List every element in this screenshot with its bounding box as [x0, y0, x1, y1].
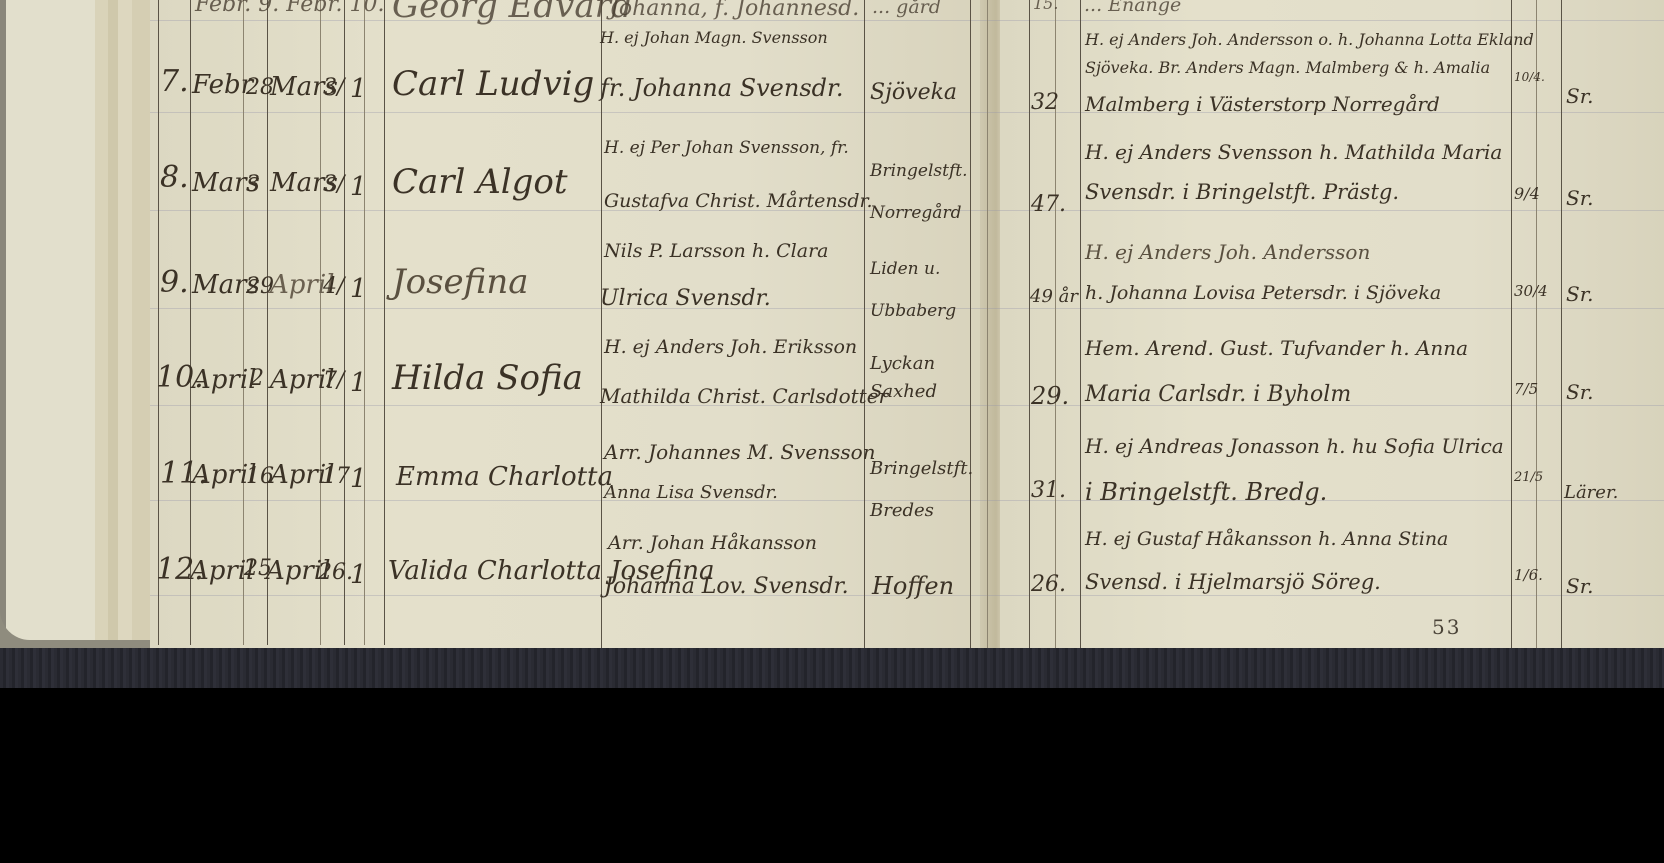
parent-line-1: Arr. Johan Håkansson	[608, 532, 817, 554]
column-rule	[1029, 0, 1030, 658]
child-count: 1	[350, 560, 367, 590]
parents-line-1: H. ej Anders Joh. Andersson o. h. Johann…	[1085, 30, 1534, 49]
child-count: 1	[350, 74, 367, 104]
parent-line-1: H. ej Johan Magn. Svensson	[600, 28, 828, 47]
parent-line-2: Johanna Lov. Svensdr.	[604, 574, 849, 599]
baptism-day: 3/	[323, 75, 344, 100]
registration-date: 10/4.	[1514, 70, 1545, 84]
child-count: 1	[350, 464, 367, 494]
parents-line-1: H. ej Anders Joh. Andersson	[1085, 240, 1370, 264]
baptism-day: 26.	[318, 560, 353, 585]
parent-line-1: Arr. Johannes M. Svensson	[604, 440, 876, 464]
remark: Sr.	[1566, 380, 1593, 404]
mother-age: 32	[1031, 90, 1059, 115]
column-rule	[1080, 0, 1081, 658]
child-count: 1	[350, 172, 367, 202]
registration-date: 30/4	[1514, 282, 1548, 300]
birth-day: 3	[246, 172, 260, 197]
birth-place: Sjöveka	[870, 80, 957, 105]
remark: Sr.	[1566, 84, 1593, 108]
mother-age: 29.	[1031, 382, 1069, 410]
top-fragment-parent: Johanna, f. Johannesd.	[610, 0, 859, 21]
parent-line-2: fr. Johanna Svensdr.	[600, 74, 843, 102]
parents-line-1: H. ej Andreas Jonasson h. hu Sofia Ulric…	[1085, 434, 1504, 458]
top-fragment-name: Georg Edvard	[392, 0, 633, 26]
column-rule	[1561, 0, 1562, 660]
birth-place: Liden u. Ubbaberg	[870, 248, 965, 332]
parents-line-2: Svensd. i Hjelmarsjö Söreg.	[1085, 570, 1381, 594]
parents-line-1: H. ej Anders Svensson h. Mathilda Maria	[1085, 140, 1502, 164]
top-fragment-place: ... gård	[872, 0, 941, 18]
remark: Sr.	[1566, 282, 1593, 306]
birth-day: 2	[250, 366, 264, 391]
birth-place: Bringelstft. Bredes	[870, 448, 965, 532]
parent-line-1: Nils P. Larsson h. Clara	[604, 240, 829, 262]
baptism-day: 4/	[323, 274, 344, 299]
parent-line-1: H. ej Anders Joh. Eriksson	[604, 336, 857, 358]
column-rule	[970, 0, 971, 655]
child-count: 1	[350, 368, 367, 398]
parents-line-3: Malmberg i Västerstorp Norregård	[1085, 92, 1440, 116]
column-rule	[190, 0, 191, 645]
baptism-day: 17	[322, 464, 350, 489]
baptism-day: 3/	[323, 172, 344, 197]
child-name: Carl Algot	[392, 162, 568, 202]
parents-line-2: h. Johanna Lovisa Petersdr. i Sjöveka	[1085, 282, 1441, 304]
entry-number: 9.	[160, 265, 189, 300]
parent-line-2: Anna Lisa Svensdr.	[604, 482, 778, 503]
top-fragment-right-num: 15.	[1033, 0, 1058, 13]
parents-line-2: i Bringelstft. Bredg.	[1085, 478, 1327, 506]
parent-line-2: Ulrica Svensdr.	[600, 286, 771, 311]
column-rule	[987, 0, 988, 655]
birth-place: Lyckan Saxhed	[870, 350, 965, 406]
parents-line-2: Svensdr. i Bringelstft. Prästg.	[1085, 180, 1399, 204]
entry-number: 8.	[160, 160, 189, 195]
child-name: Carl Ludvig	[392, 64, 594, 104]
registration-date: 9/4	[1514, 184, 1540, 203]
top-fragment-dates: Febr. 9. Febr. 10.	[195, 0, 384, 17]
parents-line-1: Hem. Arend. Gust. Tufvander h. Anna	[1085, 336, 1468, 360]
child-name: Emma Charlotta	[396, 462, 613, 492]
baptism-day: 7/	[323, 368, 344, 393]
birth-month: April	[192, 365, 256, 395]
mother-age: 26.	[1031, 572, 1066, 597]
child-count: 1	[350, 274, 367, 304]
parent-line-1: H. ej Per Johan Svensson, fr.	[604, 138, 849, 158]
parent-line-2: Gustafva Christ. Mårtensdr.	[604, 190, 873, 212]
ledger-scan: Febr. 9. Febr. 10. Georg Edvard Johanna,…	[0, 0, 1664, 688]
child-name: Josefina	[392, 262, 529, 302]
registration-date: 1/6.	[1514, 566, 1543, 584]
remark: Lärer.	[1564, 482, 1618, 503]
column-rule	[1511, 0, 1512, 660]
mother-age: 47.	[1031, 192, 1066, 217]
column-rule	[158, 0, 159, 645]
ruling-line	[150, 20, 1664, 21]
child-name: Hilda Sofia	[392, 358, 583, 398]
book-cover-edge	[0, 648, 1664, 688]
top-fragment-right-text: ... Enänge	[1084, 0, 1181, 16]
parent-line-2: Mathilda Christ. Carlsdotter	[600, 384, 888, 408]
remark: Sr.	[1566, 574, 1593, 598]
entry-number: 7.	[160, 64, 189, 99]
page-number: 53	[1432, 615, 1461, 639]
parents-line-1: H. ej Gustaf Håkansson h. Anna Stina	[1085, 528, 1448, 550]
birth-place: Hoffen	[872, 572, 954, 600]
remark: Sr.	[1566, 186, 1593, 210]
book-page-edges	[0, 0, 150, 640]
column-rule	[864, 0, 865, 650]
parents-line-2: Sjöveka. Br. Anders Magn. Malmberg & h. …	[1085, 58, 1490, 77]
registration-date: 7/5	[1514, 380, 1538, 398]
registration-date: 21/5	[1514, 470, 1543, 485]
column-rule	[1536, 0, 1537, 660]
mother-age: 31.	[1031, 478, 1066, 503]
parents-line-2: Maria Carlsdr. i Byholm	[1085, 382, 1351, 407]
column-rule	[384, 0, 385, 645]
birth-place: Bringelstft. Norregård	[870, 150, 965, 234]
mother-age: 49 år	[1030, 286, 1078, 307]
birth-month: Febr	[192, 70, 253, 100]
